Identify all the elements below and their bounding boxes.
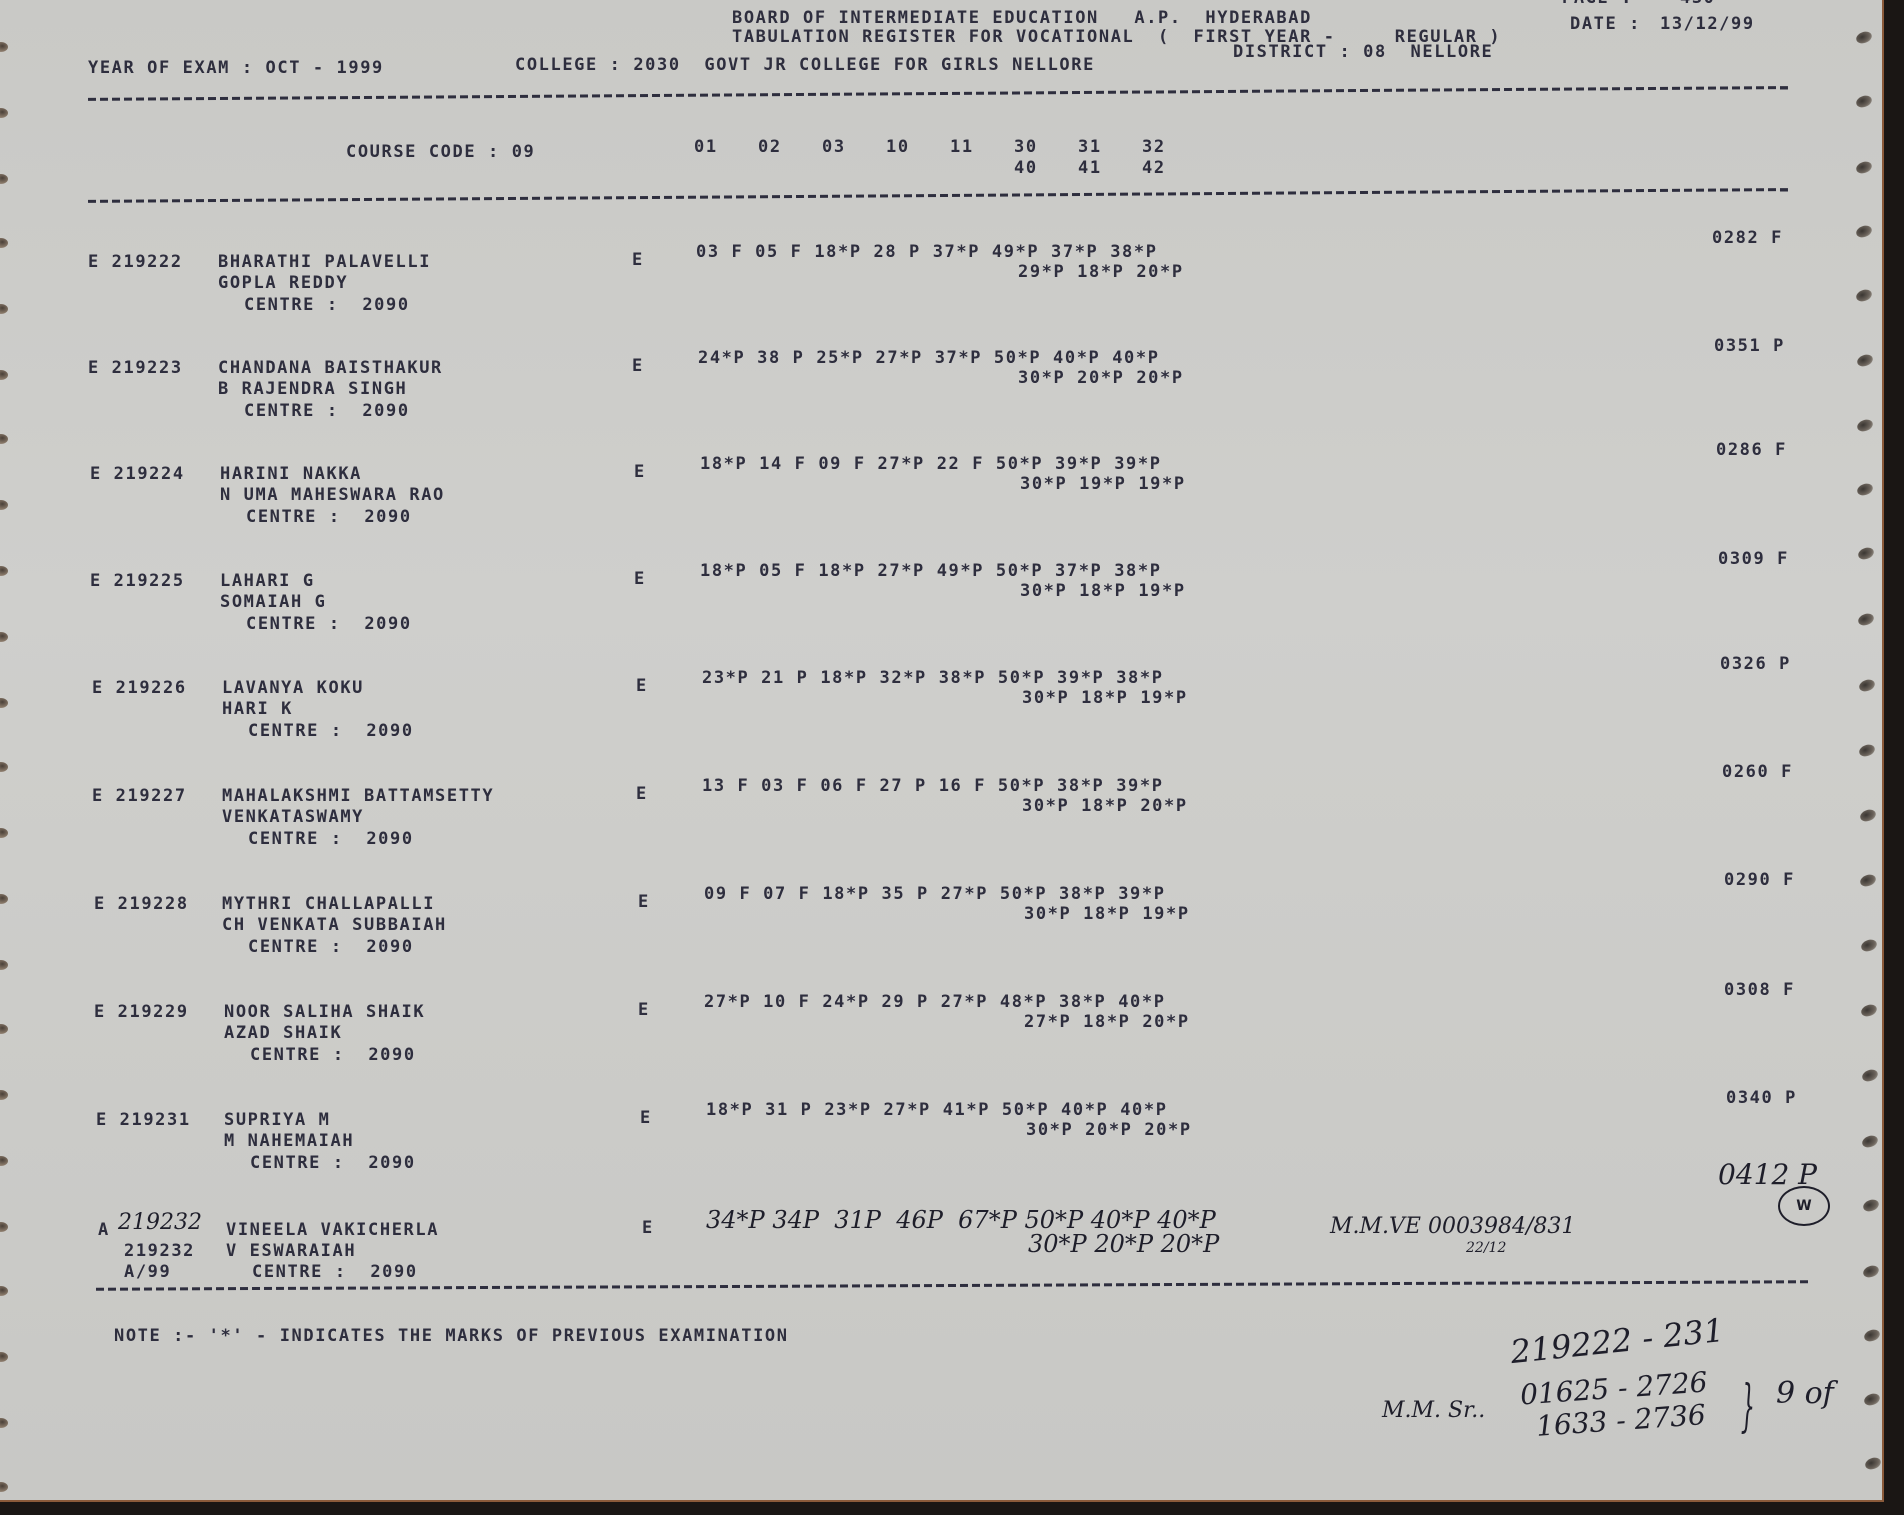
parent-name: B RAJENDRA SINGH [218, 379, 407, 399]
marks-row2: 27*P 18*P 20*P [1024, 1012, 1190, 1032]
total-result: 0290 F [1724, 870, 1795, 890]
page-label: PAGE : [1562, 0, 1633, 8]
total-result: 0351 P [1714, 336, 1785, 356]
handwritten-hall-ticket: 219232 [118, 1210, 202, 1235]
handwritten-brace: } [1741, 1374, 1755, 1439]
parent-name: V ESWARAIAH [226, 1241, 356, 1261]
medium: E [632, 356, 644, 376]
record-prefix: A [98, 1220, 110, 1240]
total-result: 0308 F [1724, 980, 1795, 1000]
student-name: LAVANYA KOKU [222, 678, 364, 698]
footnote: NOTE :- '*' - INDICATES THE MARKS OF PRE… [114, 1326, 789, 1346]
student-name: MAHALAKSHMI BATTAMSETTY [222, 786, 494, 806]
marks-row1: 23*P 21 P 18*P 32*P 38*P 50*P 39*P 38*P [702, 668, 1164, 688]
centre: CENTRE : 2090 [250, 1153, 416, 1173]
parent-name: VENKATASWAMY [222, 807, 364, 827]
date-label: DATE : [1570, 14, 1641, 34]
student-name: VINEELA VAKICHERLA [226, 1220, 439, 1240]
marks-row2: 30*P 20*P 20*P [1026, 1120, 1192, 1140]
marks-row2: 30*P 20*P 20*P [1018, 368, 1184, 388]
page-number: 430 [1680, 0, 1716, 8]
subject-code: 41 [1078, 158, 1142, 178]
circled-w-mark: W [1778, 1186, 1830, 1226]
total-result: 0309 F [1718, 549, 1789, 569]
memo-note: M.M.VE 0003984/831 [1330, 1214, 1575, 1239]
parent-name: HARI K [222, 699, 293, 719]
student-record: E 219227 MAHALAKSHMI BATTAMSETTY VENKATA… [0, 774, 1882, 864]
subject-codes-row2: 40 41 42 [1014, 158, 1206, 178]
subject-code: 01 [694, 137, 758, 157]
marks-row2: 30*P 18*P 19*P [1024, 904, 1190, 924]
student-name: CHANDANA BAISTHAKUR [218, 358, 443, 378]
subject-codes-row1: 01 02 03 10 11 30 31 32 [694, 137, 1206, 157]
hall-ticket-number: E 219231 [96, 1110, 191, 1130]
marks-row2: 30*P 18*P 20*P [1022, 796, 1188, 816]
medium: E [640, 1108, 652, 1128]
parent-name: GOPLA REDDY [218, 273, 348, 293]
parent-name: M NAHEMAIAH [224, 1131, 354, 1151]
student-name: SUPRIYA M [224, 1110, 331, 1130]
total-result: 0282 F [1712, 228, 1783, 248]
college-info: COLLEGE : 2030 GOVT JR COLLEGE FOR GIRLS… [515, 55, 1095, 75]
handwritten-range: 219222 - 231 [1509, 1311, 1726, 1371]
student-record: E 219231 SUPRIYA M M NAHEMAIAH CENTRE : … [0, 1098, 1882, 1188]
hall-ticket-number: E 219222 [88, 252, 183, 272]
student-record: E 219226 LAVANYA KOKU HARI K CENTRE : 20… [0, 666, 1882, 756]
marks-row1: 03 F 05 F 18*P 28 P 37*P 49*P 37*P 38*P [696, 242, 1158, 262]
subject-code: 32 [1142, 137, 1206, 157]
marks-row1: 09 F 07 F 18*P 35 P 27*P 50*P 38*P 39*P [704, 884, 1166, 904]
memo-date: 22/12 [1466, 1240, 1506, 1256]
handwritten-marks-row2: 30*P 20*P 20*P [1028, 1230, 1219, 1258]
hall-ticket-number: E 219223 [88, 358, 183, 378]
header-divider [88, 86, 1788, 101]
parent-name: N UMA MAHESWARA RAO [220, 485, 445, 505]
marks-row2: 30*P 18*P 19*P [1020, 581, 1186, 601]
centre: CENTRE : 2090 [246, 507, 412, 527]
student-record: E 219228 MYTHRI CHALLAPALLI CH VENKATA S… [0, 882, 1882, 972]
hall-ticket-number: E 219225 [90, 571, 185, 591]
student-name: HARINI NAKKA [220, 464, 362, 484]
subject-code: 02 [758, 137, 822, 157]
parent-name: AZAD SHAIK [224, 1023, 342, 1043]
centre: CENTRE : 2090 [246, 614, 412, 634]
centre: CENTRE : 2090 [248, 937, 414, 957]
centre: CENTRE : 2090 [244, 295, 410, 315]
handwritten-remark: 9 of [1776, 1376, 1834, 1411]
handwritten-memo-label: M.M. Sr.. [1382, 1398, 1485, 1423]
record-tag: A/99 [124, 1262, 171, 1282]
subject-code: 30 [1014, 137, 1078, 157]
centre: CENTRE : 2090 [248, 721, 414, 741]
marks-row1: 18*P 31 P 23*P 27*P 41*P 50*P 40*P 40*P [706, 1100, 1168, 1120]
marks-row1: 18*P 05 F 18*P 27*P 49*P 50*P 37*P 38*P [700, 561, 1162, 581]
medium: E [638, 892, 650, 912]
student-name: BHARATHI PALAVELLI [218, 252, 431, 272]
parent-name: CH VENKATA SUBBAIAH [222, 915, 447, 935]
medium: E [638, 1000, 650, 1020]
total-result: 0286 F [1716, 440, 1787, 460]
centre: CENTRE : 2090 [252, 1262, 418, 1282]
hall-ticket-number: E 219227 [92, 786, 187, 806]
student-record: E 219229 NOOR SALIHA SHAIK AZAD SHAIK CE… [0, 990, 1882, 1080]
marks-row1: 24*P 38 P 25*P 27*P 37*P 50*P 40*P 40*P [698, 348, 1160, 368]
hall-ticket-number: E 219229 [94, 1002, 189, 1022]
hall-ticket-number: E 219226 [92, 678, 187, 698]
marks-row1: 13 F 03 F 06 F 27 P 16 F 50*P 38*P 39*P [702, 776, 1164, 796]
hall-ticket-number: 219232 [124, 1241, 195, 1261]
medium: E [632, 250, 644, 270]
student-name: MYTHRI CHALLAPALLI [222, 894, 435, 914]
marks-row1: 18*P 14 F 09 F 27*P 22 F 50*P 39*P 39*P [700, 454, 1162, 474]
medium: E [642, 1218, 654, 1238]
medium: E [634, 569, 646, 589]
year-of-exam: YEAR OF EXAM : OCT - 1999 [88, 58, 384, 78]
subject-code: 42 [1142, 158, 1206, 178]
medium: E [634, 462, 646, 482]
student-name: LAHARI G [220, 571, 315, 591]
subject-code: 11 [950, 137, 1014, 157]
parent-name: SOMAIAH G [220, 592, 327, 612]
total-result: 0340 P [1726, 1088, 1797, 1108]
student-record: E 219225 LAHARI G SOMAIAH G CENTRE : 209… [0, 559, 1882, 649]
hall-ticket-number: E 219228 [94, 894, 189, 914]
centre: CENTRE : 2090 [248, 829, 414, 849]
subject-code: 40 [1014, 158, 1078, 178]
total-result: 0260 F [1722, 762, 1793, 782]
medium: E [636, 676, 648, 696]
subject-code: 31 [1078, 137, 1142, 157]
column-header-divider [88, 188, 1788, 203]
student-record: E 219222 BHARATHI PALAVELLI GOPLA REDDY … [0, 240, 1882, 330]
district-info: DISTRICT : 08 NELLORE [1233, 42, 1493, 62]
medium: E [636, 784, 648, 804]
student-name: NOOR SALIHA SHAIK [224, 1002, 425, 1022]
subject-code: 03 [822, 137, 886, 157]
centre: CENTRE : 2090 [244, 401, 410, 421]
student-record: E 219223 CHANDANA BAISTHAKUR B RAJENDRA … [0, 346, 1882, 436]
course-code: COURSE CODE : 09 [346, 142, 535, 162]
tabulation-register-sheet: BOARD OF INTERMEDIATE EDUCATION A.P. HYD… [0, 0, 1884, 1502]
student-record: E 219224 HARINI NAKKA N UMA MAHESWARA RA… [0, 452, 1882, 542]
marks-row2: 30*P 18*P 19*P [1022, 688, 1188, 708]
hall-ticket-number: E 219224 [90, 464, 185, 484]
total-result: 0326 P [1720, 654, 1791, 674]
marks-row2: 29*P 18*P 20*P [1018, 262, 1184, 282]
board-title: BOARD OF INTERMEDIATE EDUCATION A.P. HYD… [732, 8, 1312, 28]
subject-code: 10 [886, 137, 950, 157]
marks-row1: 27*P 10 F 24*P 29 P 27*P 48*P 38*P 40*P [704, 992, 1166, 1012]
marks-row2: 30*P 19*P 19*P [1020, 474, 1186, 494]
print-date: 13/12/99 [1660, 14, 1755, 34]
centre: CENTRE : 2090 [250, 1045, 416, 1065]
